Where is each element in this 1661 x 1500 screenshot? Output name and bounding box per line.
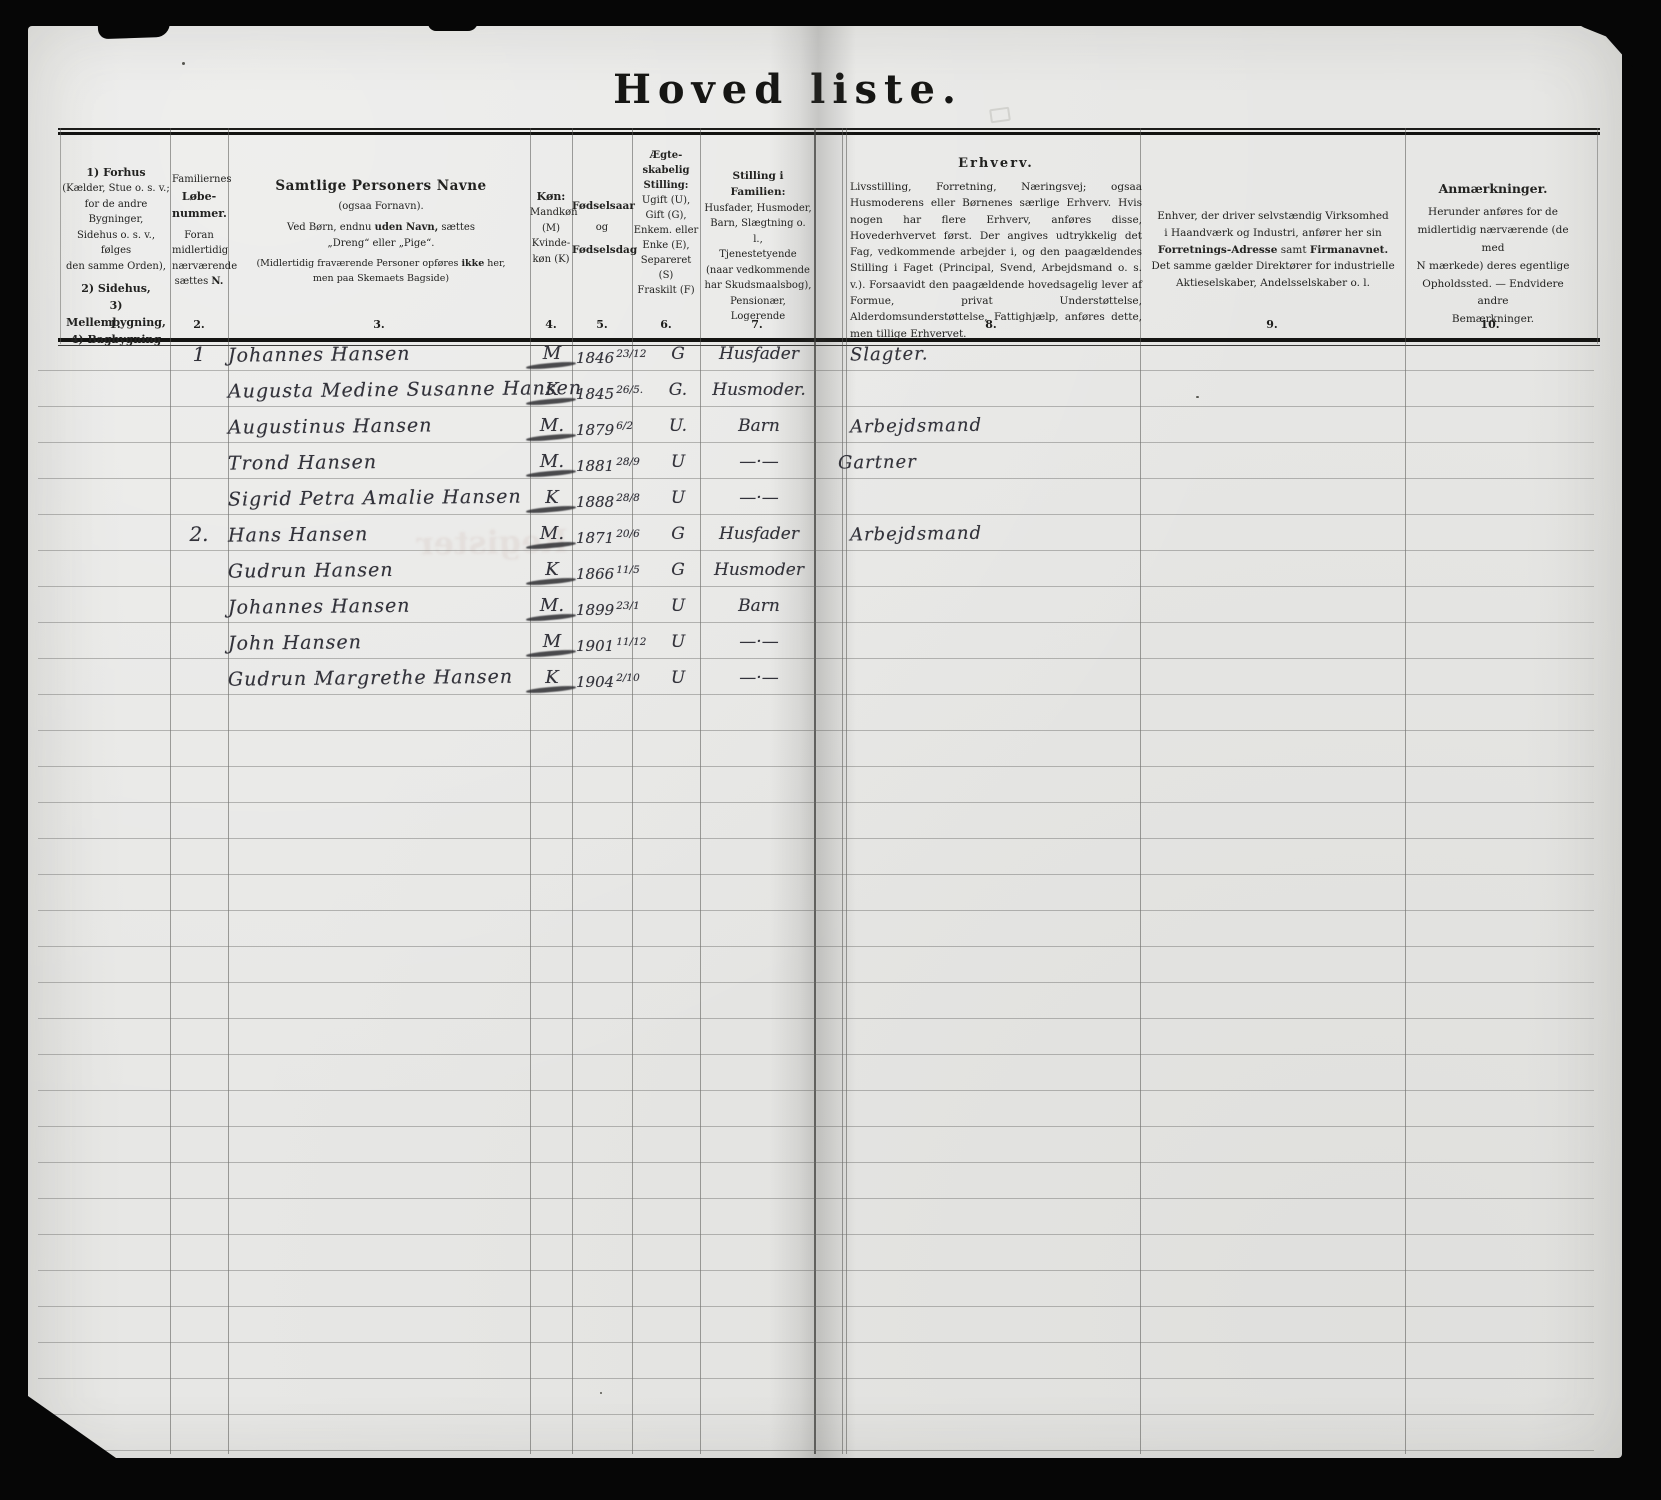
col4-header-line: køn (K)	[530, 252, 572, 268]
col4-header-line: Mandkøn	[530, 205, 572, 221]
ruled-line	[38, 1342, 1594, 1343]
fold-line-a	[842, 128, 843, 1454]
col1-header-line: (Kælder, Stue o. s. v.;	[62, 181, 170, 197]
col7-header-line: (naar vedkommende	[704, 263, 812, 279]
entry-marital-status: G	[658, 517, 698, 553]
speck	[1196, 396, 1199, 398]
col2-header-line: Familiernes	[172, 172, 226, 188]
entry-name: Augusta Medine Susanne Hansen	[228, 371, 548, 410]
col-number-6: 6.	[636, 318, 696, 331]
entry-family-number	[174, 625, 224, 661]
table-row: Sigrid Petra Amalie Hansen K 188828/8 U …	[28, 481, 1622, 517]
ruled-line	[38, 1378, 1594, 1379]
col6-header-line: Gift (G),	[632, 208, 700, 223]
entry-family-position: Husfader	[700, 337, 818, 373]
ruled-line	[38, 1198, 1594, 1199]
entry-marital-status: G	[658, 553, 698, 589]
col7-header-line: Barn, Slægtning o. l.,	[704, 216, 812, 247]
col6-header: Ægte- skabelig Stilling: Ugift (U), Gift…	[632, 148, 700, 298]
col7-header-line: Husfader, Husmoder,	[704, 201, 812, 217]
col5-header: Fødselsaar og Fødselsdag	[572, 198, 632, 258]
col10-header-line: N mærkede) deres egentlige	[1410, 258, 1576, 276]
ruled-line	[38, 982, 1594, 983]
entry-family-number: 1	[174, 337, 224, 373]
ruled-line	[38, 1234, 1594, 1235]
col-number-7: 7.	[727, 318, 787, 331]
ruled-line	[38, 802, 1594, 803]
ruled-line	[38, 1450, 1594, 1451]
entry-family-number	[174, 409, 224, 445]
col1-header-line: den samme Orden),	[62, 259, 170, 275]
entry-occupation	[850, 659, 1070, 698]
col7-header-line: Stilling i Familien:	[704, 168, 812, 201]
page-title: Hoved liste.	[408, 66, 1168, 113]
col3-header-line: „Dreng“ eller „Pige“.	[234, 236, 528, 252]
col10-header-line: midlertidig nærværende (de med	[1410, 222, 1576, 258]
col3-header-line: (ogsaa Fornavn).	[234, 199, 528, 215]
entry-birthdate: 190111/12	[576, 625, 668, 661]
ruled-line	[38, 766, 1594, 767]
ruled-line	[38, 1306, 1594, 1307]
ruled-line	[38, 1162, 1594, 1163]
document-page: Hoved liste. Register 1) Forhus (Kælder,…	[28, 26, 1622, 1458]
entry-family-position: —·—	[700, 445, 818, 481]
entry-birthdate: 188128/9	[576, 445, 668, 481]
col2-header-line: sættes N.	[172, 274, 226, 290]
col9-header-line: i Haandværk og Industri, anfører her sin	[1144, 225, 1402, 242]
table-row: Augustinus Hansen M. 18796/2 U. Barn Arb…	[28, 409, 1622, 445]
col-number-3: 3.	[349, 318, 409, 331]
entry-family-number	[174, 661, 224, 697]
entry-occupation	[850, 479, 1070, 518]
ruled-line	[38, 1270, 1594, 1271]
entry-name: Augustinus Hansen	[228, 407, 548, 446]
ruled-line	[38, 1126, 1594, 1127]
col3-header: Samtlige Personers Navne (ogsaa Fornavn)…	[234, 176, 528, 287]
entry-name: Gudrun Margrethe Hansen	[228, 659, 548, 698]
entry-family-position: —·—	[700, 661, 818, 697]
col6-header-line: Enke (E),	[632, 238, 700, 253]
entry-birthdate: 19042/10	[576, 661, 668, 697]
col8-header: Erhverv. Livsstilling, Forretning, Nærin…	[850, 154, 1142, 342]
col10-header-line: Herunder anføres for de	[1410, 204, 1576, 222]
col2-header-line: midlertidig	[172, 243, 226, 259]
col1-header-line: 1) Forhus	[62, 164, 170, 181]
entry-family-position: Barn	[700, 409, 818, 445]
entry-occupation: Slagter.	[850, 335, 1070, 374]
page-edge-notch	[428, 18, 478, 31]
col-number-1: 1.	[85, 318, 145, 331]
entry-family-position: Husmoder.	[700, 373, 818, 409]
entry-birthdate: 186611/5	[576, 553, 668, 589]
col4-header-line: Køn:	[530, 188, 572, 205]
col2-header: Familiernes Løbe- nummer. Foran midlerti…	[172, 172, 226, 290]
col-number-5: 5.	[572, 318, 632, 331]
col-number-2: 2.	[169, 318, 229, 331]
entry-occupation	[850, 587, 1070, 626]
table-row: Johannes Hansen M. 189923/1 U Barn	[28, 589, 1622, 625]
entry-occupation: Arbejdsmand	[850, 407, 1070, 446]
col9-header-line: Forretnings-Adresse samt Firmanavnet.	[1144, 242, 1402, 259]
col-divider-7-fold	[814, 128, 816, 1454]
col7-header-line: har Skudsmaalsbog),	[704, 278, 812, 294]
table-left-border	[60, 128, 61, 344]
col1-header-line: Sidehus o. s. v., følges	[62, 228, 170, 259]
ruled-line	[38, 874, 1594, 875]
col6-header-line: Fraskilt (F)	[632, 283, 700, 298]
speck	[182, 62, 185, 65]
col2-header-line: Foran	[172, 228, 226, 244]
entry-family-number	[174, 553, 224, 589]
table-row: John Hansen M 190111/12 U —·—	[28, 625, 1622, 661]
entry-family-number	[174, 589, 224, 625]
col6-header-line: Ugift (U),	[632, 193, 700, 208]
col3-header-title: Samtlige Personers Navne	[234, 176, 528, 197]
entry-occupation: Gartner	[838, 443, 1058, 482]
ink-smudge	[989, 107, 1011, 124]
col1-header-line: for de andre Bygninger,	[62, 197, 170, 228]
col-divider-6-7	[700, 128, 701, 1454]
page-edge-notch	[98, 19, 171, 40]
table-row: Gudrun Hansen K 186611/5 G Husmoder	[28, 553, 1622, 589]
ruled-line	[38, 838, 1594, 839]
entry-marital-status: G.	[658, 373, 698, 409]
col3-header-line: Ved Børn, endnu uden Navn, sættes	[234, 220, 528, 236]
col4-header: Køn: Mandkøn (M) Kvinde- køn (K)	[530, 188, 572, 267]
fold-line-b	[846, 128, 847, 1454]
col2-header-line: nummer.	[172, 205, 226, 222]
entry-marital-status: U.	[658, 409, 698, 445]
entry-occupation	[850, 371, 1070, 410]
ruled-line	[38, 910, 1594, 911]
entry-family-number	[174, 373, 224, 409]
table-right-border	[1597, 128, 1598, 344]
col4-header-line: (M)	[530, 221, 572, 237]
entry-birthdate: 188828/8	[576, 481, 668, 517]
col6-header-line: Enkem. eller	[632, 223, 700, 238]
entry-marital-status: U	[658, 481, 698, 517]
entry-family-position: —·—	[700, 481, 818, 517]
col5-header-line: og	[572, 220, 632, 236]
col6-header-line: skabelig	[632, 163, 700, 178]
ruled-line	[38, 946, 1594, 947]
entry-family-position: Barn	[700, 589, 818, 625]
col5-header-line: Fødselsaar	[572, 198, 632, 214]
col4-header-line: Kvinde-	[530, 236, 572, 252]
col6-header-line: Ægte-	[632, 148, 700, 163]
entry-occupation	[850, 623, 1070, 662]
ruled-line	[38, 1018, 1594, 1019]
speck	[600, 1392, 602, 1394]
col1-header-line: 2) Sidehus,	[62, 280, 170, 297]
col7-header-line: Tjenestetyende	[704, 247, 812, 263]
col-divider-9-10	[1405, 128, 1406, 1454]
col10-header: Anmærkninger. Herunder anføres for de mi…	[1410, 178, 1576, 329]
col9-header-line: Aktieselskaber, Andelsselskaber o. l.	[1144, 275, 1402, 292]
col-divider-5-6	[632, 128, 633, 1454]
entry-birthdate: 184623/12	[576, 337, 668, 373]
ruled-line	[38, 1054, 1594, 1055]
col8-header-title: Erhverv.	[850, 154, 1142, 174]
table-row: Gudrun Margrethe Hansen K 19042/10 U —·—	[28, 661, 1622, 697]
entry-marital-status: U	[658, 445, 698, 481]
entry-family-position: —·—	[700, 625, 818, 661]
entry-name: Gudrun Hansen	[228, 551, 548, 590]
entry-name: Trond Hansen	[228, 443, 548, 482]
col10-header-title: Anmærkninger.	[1410, 178, 1576, 199]
entry-family-number	[174, 445, 224, 481]
col3-header-line: men paa Skemaets Bagside)	[234, 272, 528, 287]
scanned-census-sheet: Hoved liste. Register 1) Forhus (Kælder,…	[0, 0, 1661, 1500]
entry-name: Hans Hansen	[228, 515, 548, 554]
col2-header-line: Løbe-	[172, 188, 226, 205]
table-row: Trond Hansen M. 188128/9 U —·— Gartner	[28, 445, 1622, 481]
entry-name: Johannes Hansen	[228, 587, 548, 626]
entry-marital-status: G	[658, 337, 698, 373]
entry-family-number: 2.	[174, 517, 224, 553]
ruled-line	[38, 1414, 1594, 1415]
col-number-9: 9.	[1242, 318, 1302, 331]
entry-birthdate: 189923/1	[576, 589, 668, 625]
col6-header-line: Stilling:	[632, 178, 700, 193]
entry-birthdate: 18796/2	[576, 409, 668, 445]
col9-header-line: Det samme gælder Direktører for industri…	[1144, 258, 1402, 275]
header-rule-thick	[58, 132, 1600, 135]
col6-header-line: (S)	[632, 268, 700, 283]
entry-name: Sigrid Petra Amalie Hansen	[228, 479, 548, 518]
table-row: 1 Johannes Hansen M 184623/12 G Husfader…	[28, 337, 1622, 373]
entry-family-position: Husfader	[700, 517, 818, 553]
entry-family-number	[174, 481, 224, 517]
header-rule-thin	[58, 128, 1600, 130]
entry-occupation: Arbejdsmand	[850, 515, 1070, 554]
col-number-8: 8.	[961, 318, 1021, 331]
col9-header: Enhver, der driver selvstændig Virksomhe…	[1144, 208, 1402, 292]
entry-birthdate: 187120/6	[576, 517, 668, 553]
entry-marital-status: U	[658, 661, 698, 697]
col3-header-line: (Midlertidig fraværende Personer opføres…	[234, 257, 528, 272]
col2-header-line: nærværende	[172, 259, 226, 275]
col9-header-line: Enhver, der driver selvstændig Virksomhe…	[1144, 208, 1402, 225]
ruled-line	[38, 1090, 1594, 1091]
entry-occupation	[850, 551, 1070, 590]
entry-family-position: Husmoder	[700, 553, 818, 589]
col10-header-line: Opholdssted. — Endvidere andre	[1410, 276, 1576, 312]
table-row: 2. Hans Hansen M. 187120/6 G Husfader Ar…	[28, 517, 1622, 553]
col6-header-line: Separeret	[632, 253, 700, 268]
col5-header-line: Fødselsdag	[572, 242, 632, 258]
col-number-10: 10.	[1460, 318, 1520, 331]
col7-header: Stilling i Familien: Husfader, Husmoder,…	[704, 168, 812, 325]
entry-marital-status: U	[658, 625, 698, 661]
ruled-line	[38, 730, 1594, 731]
entry-birthdate: 184526/5.	[576, 373, 668, 409]
entry-name: Johannes Hansen	[228, 335, 548, 374]
entry-marital-status: U	[658, 589, 698, 625]
entry-name: John Hansen	[228, 623, 548, 662]
table-row: Augusta Medine Susanne Hansen K 184526/5…	[28, 373, 1622, 409]
